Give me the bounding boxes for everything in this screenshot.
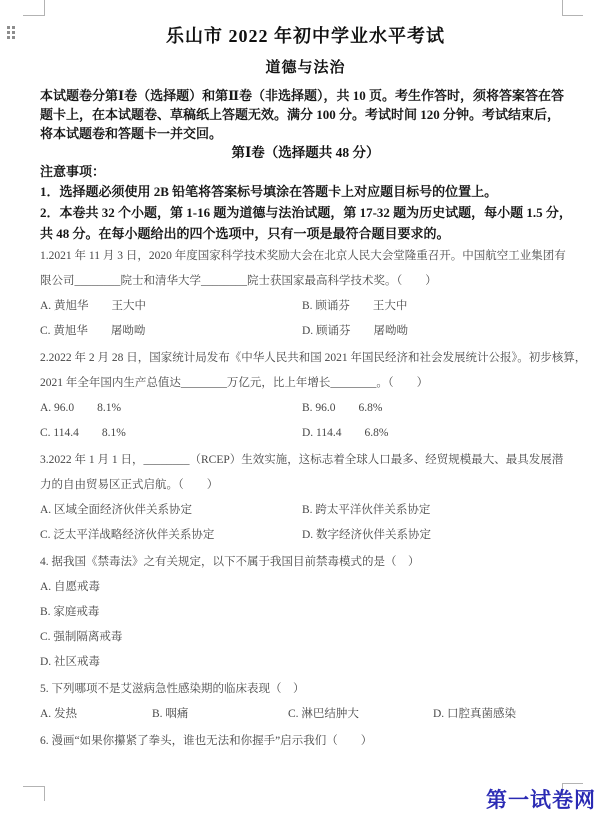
option-c: C. 泛太平洋战略经济伙伴关系协定 [40, 523, 302, 548]
question-1: 1.2021 年 11 月 3 日，2020 年度国家科学技术奖励大会在北京人民… [40, 244, 571, 344]
exam-subject: 道德与法治 [40, 57, 571, 79]
option-b: B. 家庭戒毒 [40, 600, 571, 625]
option-d: D. 数字经济伙伴关系协定 [302, 523, 431, 548]
option-d: D. 口腔真菌感染 [433, 702, 516, 727]
stem-line: 2021 年全年国内生产总值达________万亿元，比上年增长________… [40, 371, 571, 396]
option-a: A. 发热 [40, 702, 152, 727]
stem-line: 3.2022 年 1 月 1 日，________（RCEP）生效实施，这标志着… [40, 448, 571, 473]
question-list: 1.2021 年 11 月 3 日，2020 年度国家科学技术奖励大会在北京人民… [40, 244, 571, 754]
crop-mark-top-right [562, 0, 583, 16]
stem-line: 2.2022 年 2 月 28 日，国家统计局发布《中华人民共和国 2021 年… [40, 346, 571, 371]
note-line: 共 48 分。在每小题给出的四个选项中，只有一项是最符合题目要求的。 [40, 223, 571, 244]
drag-handle-icon[interactable] [7, 26, 15, 39]
option-d: D. 顾诵芬 屠呦呦 [302, 319, 408, 344]
stem-line: 1.2021 年 11 月 3 日，2020 年度国家科学技术奖励大会在北京人民… [40, 244, 571, 269]
option-row: C. 114.4 8.1% D. 114.4 6.8% [40, 421, 571, 446]
option-c: C. 黄旭华 屠呦呦 [40, 319, 302, 344]
document-content: 乐山市 2022 年初中学业水平考试 道德与法治 本试题卷分第Ⅰ卷（选择题）和第… [0, 0, 599, 754]
option-row: C. 泛太平洋战略经济伙伴关系协定 D. 数字经济伙伴关系协定 [40, 523, 571, 548]
question-3: 3.2022 年 1 月 1 日，________（RCEP）生效实施，这标志着… [40, 448, 571, 548]
option-a: A. 96.0 8.1% [40, 396, 302, 421]
option-b: B. 96.0 6.8% [302, 396, 383, 421]
option-b: B. 跨太平洋伙伴关系协定 [302, 498, 430, 523]
option-row: C. 黄旭华 屠呦呦 D. 顾诵芬 屠呦呦 [40, 319, 571, 344]
notes-heading: 注意事项： [40, 162, 571, 181]
note-line: 1．选择题必须使用 2B 铅笔将答案标号填涂在答题卡上对应题目标号的位置上。 [40, 181, 571, 202]
option-c: C. 淋巴结肿大 [288, 702, 433, 727]
crop-mark-top-left [23, 0, 45, 16]
question-6: 6. 漫画“如果你攥紧了拳头，谁也无法和你握手”启示我们（ ） [40, 729, 571, 754]
intro-line: 题卡上，在本试题卷、草稿纸上答题无效。满分 100 分。考试时间 120 分钟。… [40, 105, 571, 124]
question-5: 5. 下列哪项不是艾滋病急性感染期的临床表现（ ） A. 发热 B. 咽痛 C.… [40, 677, 571, 727]
footer-site-link[interactable]: 第一试卷网 [486, 784, 596, 814]
question-2: 2.2022 年 2 月 28 日，国家统计局发布《中华人民共和国 2021 年… [40, 346, 571, 446]
option-b: B. 顾诵芬 王大中 [302, 294, 407, 319]
option-a: A. 区域全面经济伙伴关系协定 [40, 498, 302, 523]
option-d: D. 114.4 6.8% [302, 421, 388, 446]
stem-line: 4. 据我国《禁毒法》之有关规定，以下不属于我国目前禁毒模式的是（ ） [40, 550, 571, 575]
crop-mark-bottom-left [23, 786, 45, 801]
option-a: A. 自愿戒毒 [40, 575, 571, 600]
option-a: A. 黄旭华 王大中 [40, 294, 302, 319]
stem-line: 限公司________院士和清华大学________院士获国家最高科学技术奖。（… [40, 269, 571, 294]
stem-line: 6. 漫画“如果你攥紧了拳头，谁也无法和你握手”启示我们（ ） [40, 729, 571, 754]
intro-line: 将本试题卷和答题卡一并交回。 [40, 124, 571, 143]
stem-line: 5. 下列哪项不是艾滋病急性感染期的临床表现（ ） [40, 677, 571, 702]
option-b: B. 咽痛 [152, 702, 288, 727]
exam-intro: 本试题卷分第Ⅰ卷（选择题）和第Ⅱ卷（非选择题），共 10 页。考生作答时，须将答… [40, 86, 571, 143]
exam-paper-page: 乐山市 2022 年初中学业水平考试 道德与法治 本试题卷分第Ⅰ卷（选择题）和第… [0, 0, 599, 829]
intro-line: 本试题卷分第Ⅰ卷（选择题）和第Ⅱ卷（非选择题），共 10 页。考生作答时，须将答… [40, 86, 571, 105]
option-row: A. 96.0 8.1% B. 96.0 6.8% [40, 396, 571, 421]
option-d: D. 社区戒毒 [40, 650, 571, 675]
option-c: C. 114.4 8.1% [40, 421, 302, 446]
option-row: A. 区域全面经济伙伴关系协定 B. 跨太平洋伙伴关系协定 [40, 498, 571, 523]
option-row: A. 发热 B. 咽痛 C. 淋巴结肿大 D. 口腔真菌感染 [40, 702, 571, 727]
stem-line: 力的自由贸易区正式启航。（ ） [40, 473, 571, 498]
exam-title: 乐山市 2022 年初中学业水平考试 [40, 24, 571, 48]
section-heading: 第Ⅰ卷（选择题共 48 分） [40, 143, 571, 162]
option-c: C. 强制隔离戒毒 [40, 625, 571, 650]
note-line: 2．本卷共 32 个小题，第 1-16 题为道德与法治试题，第 17-32 题为… [40, 202, 571, 223]
exam-notes: 注意事项： 1．选择题必须使用 2B 铅笔将答案标号填涂在答题卡上对应题目标号的… [40, 162, 571, 244]
option-row: A. 黄旭华 王大中 B. 顾诵芬 王大中 [40, 294, 571, 319]
question-4: 4. 据我国《禁毒法》之有关规定，以下不属于我国目前禁毒模式的是（ ） A. 自… [40, 550, 571, 675]
